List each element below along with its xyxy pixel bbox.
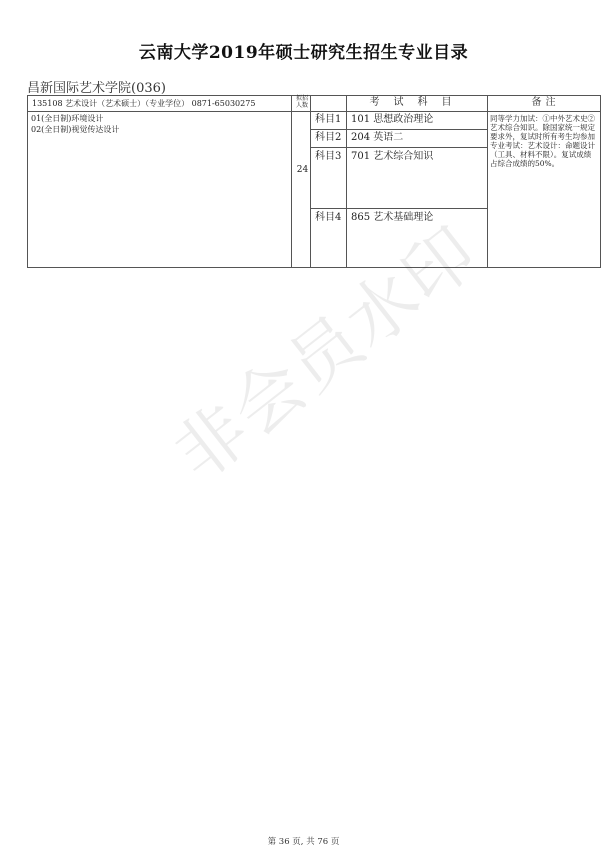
program-table: 135108 艺术设计（艺术硕士）（专业学位） 0871-65030275 拟招… (27, 95, 601, 268)
page-footer: 第 36 页, 共 76 页 (0, 835, 607, 847)
divider (310, 96, 311, 267)
notes-header: 备注 (489, 98, 602, 108)
subject-label: 科目3 (315, 152, 341, 162)
subject-label: 科目2 (315, 133, 341, 143)
enrollment-count: 24 (294, 165, 311, 175)
remarks: 同等学力加试：①中外艺术史②艺术综合知识。除国家统一规定要求外，复试时所有考生均… (490, 114, 598, 168)
divider (28, 111, 600, 112)
divider (346, 96, 347, 267)
direction-item: 02(全日制)视觉传达设计 (31, 125, 119, 135)
divider (487, 96, 488, 267)
program-header: 135108 艺术设计（艺术硕士）（专业学位） 0871-65030275 (32, 99, 255, 109)
divider (310, 208, 487, 209)
divider (310, 129, 487, 130)
subject-value: 101 思想政治理论 (351, 115, 433, 125)
exam-subjects-header: 考试科目 (347, 98, 488, 108)
divider (310, 147, 487, 148)
subject-value: 701 艺术综合知识 (351, 152, 433, 162)
direction-item: 01(全日制)环境设计 (31, 114, 103, 124)
subject-value: 204 英语二 (351, 133, 403, 143)
college-name: 昌新国际艺术学院(036) (27, 77, 166, 96)
document-title: 云南大学2019年硕士研究生招生专业目录 (0, 38, 607, 63)
divider (291, 96, 292, 267)
count-header: 拟招人数 (294, 96, 310, 109)
subject-label: 科目4 (315, 213, 341, 223)
subject-label: 科目1 (315, 115, 341, 125)
